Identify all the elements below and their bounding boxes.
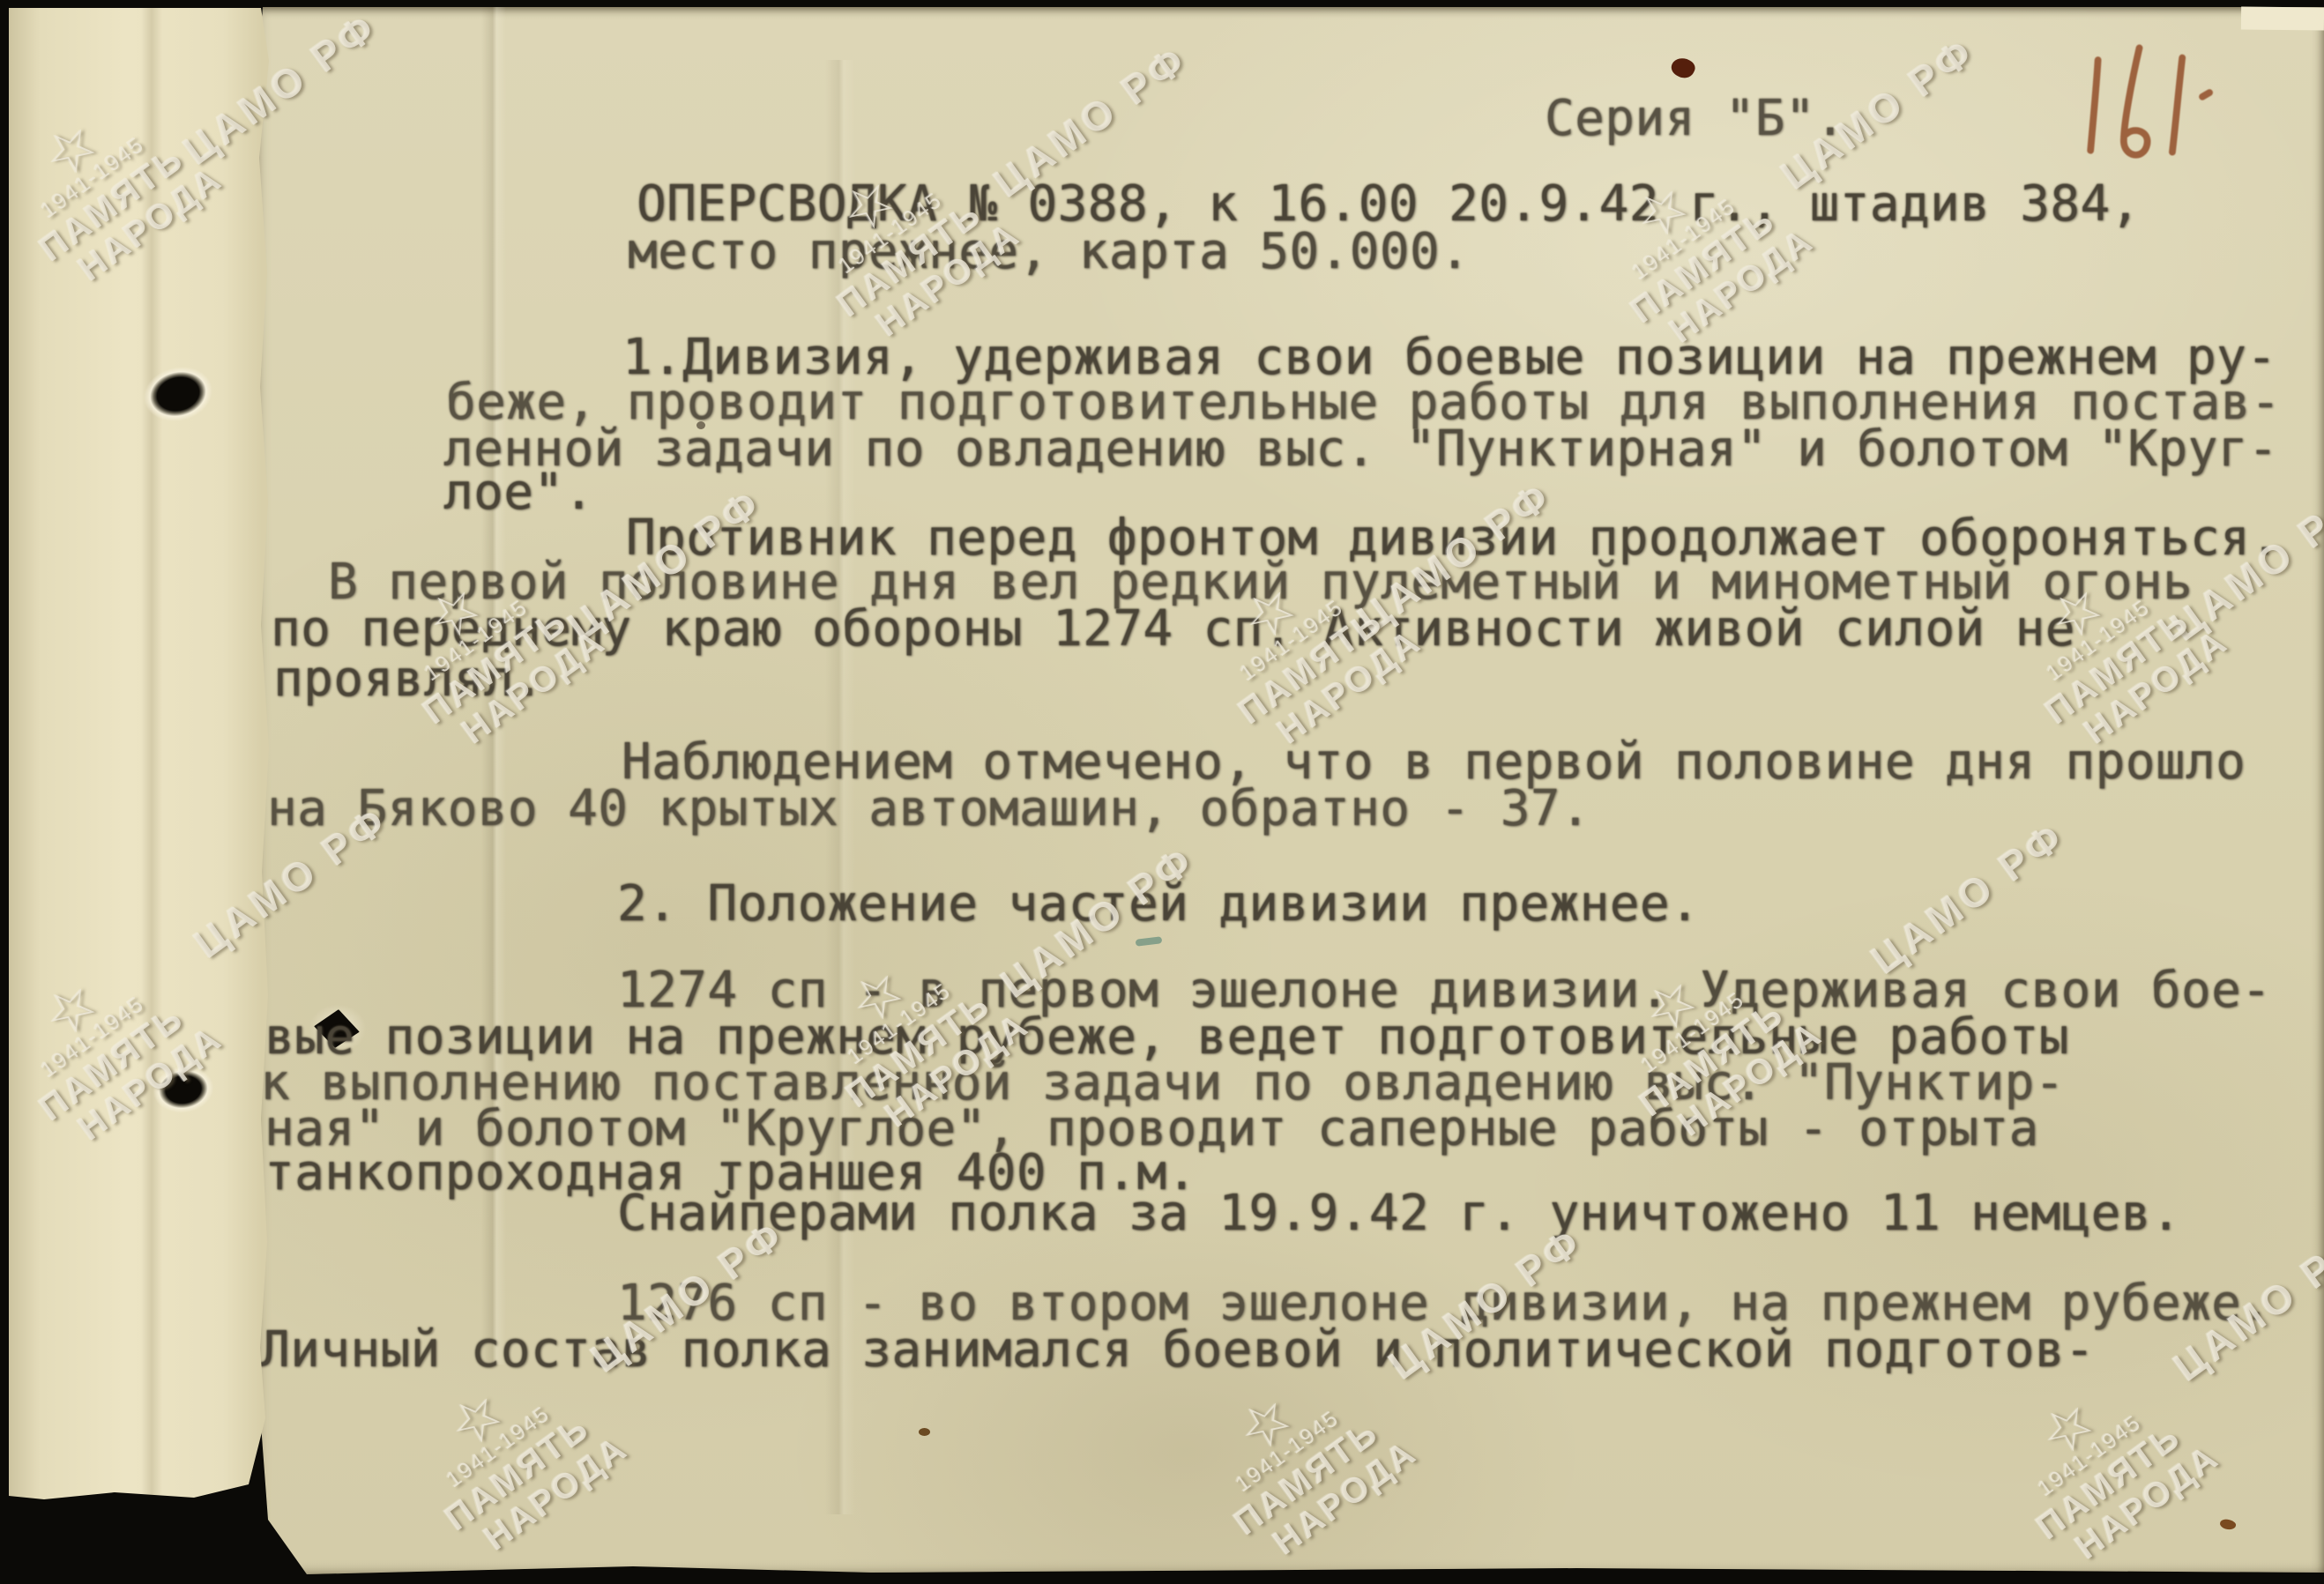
scanned-document: Серия "Б". ОПЕРСВОДКА № 0388, к 16.00 20…	[0, 0, 2324, 1584]
adjacent-page-edge	[9, 8, 270, 1503]
typed-line: проявлял.	[273, 655, 544, 704]
typed-line: на Бяково 40 крытых автомашин, обратно -…	[267, 785, 1590, 834]
series-label: Серия "Б".	[1545, 94, 1845, 144]
typed-line: место прежнее, карта 50.000.	[628, 227, 1470, 277]
typed-line: ОПЕРСВОДКА № 0388, к 16.00 20.9.42 г., ш…	[637, 180, 2141, 229]
typed-line: лое".	[443, 468, 594, 517]
typed-line: Снайперами полка за 19.9.42 г. уничтожен…	[617, 1189, 2181, 1238]
paper-speck	[919, 1428, 930, 1436]
handwritten-page-number	[2069, 40, 2218, 168]
page-corner-sliver	[2241, 7, 2324, 31]
typed-line: Личный состав полка занимался боевой и п…	[260, 1326, 2095, 1375]
typed-line: ленной задачи по овладению выс. "Пунктир…	[443, 425, 2278, 474]
typed-line: 2. Положение частей дивизии прежнее.	[617, 880, 1700, 929]
typed-line: по переднему краю обороны 1274 сп. Актив…	[271, 605, 2075, 654]
paper-crease	[141, 8, 162, 1503]
